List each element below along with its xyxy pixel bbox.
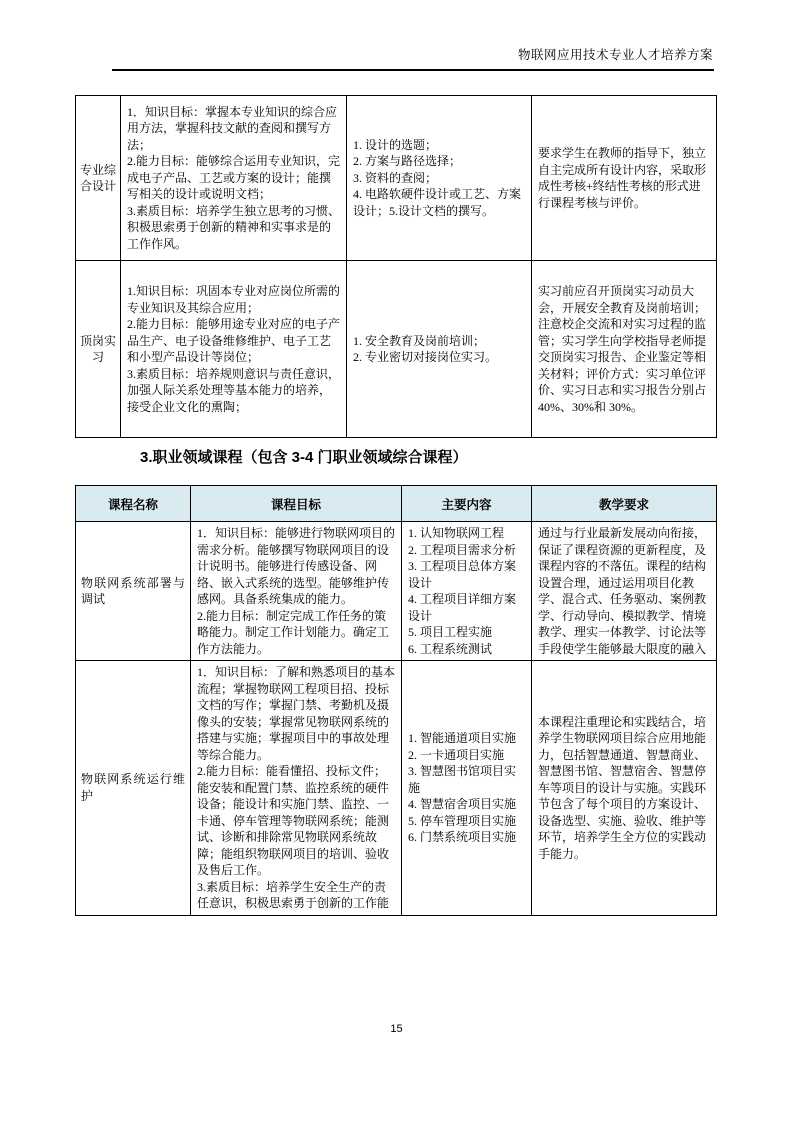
course-name-cell: 专业综合设计 xyxy=(76,96,121,261)
column-header-course-goals: 课程目标 xyxy=(191,486,402,522)
course-content-cell: 1. 安全教育及岗前培训； 2. 专业密切对接岗位实习。 xyxy=(347,261,532,438)
course-goals-cell: 1．知识目标：了解和熟悉项目的基本流程；掌握物联网工程项目招、投标文档的写作；掌… xyxy=(191,661,402,916)
document-page: 物联网应用技术专业人才培养方案 专业综合设计 1．知识目标：掌握本专业知识的综合… xyxy=(0,0,793,1122)
column-header-course-name: 课程名称 xyxy=(76,486,191,522)
course-goals-cell: 1.知识目标：巩固本专业对应岗位所需的专业知识及其综合应用； 2.能力目标：能够… xyxy=(121,261,347,438)
page-header-title: 物联网应用技术专业人才培养方案 xyxy=(518,45,713,63)
table-row: 物联网系统部署与调试 1．知识目标：能够进行物联网项目的需求分析。能够撰写物联网… xyxy=(76,522,717,661)
occupational-courses-table: 课程名称 课程目标 主要内容 教学要求 物联网系统部署与调试 1．知识目标：能够… xyxy=(75,485,717,916)
course-goals-cell: 1．知识目标：能够进行物联网项目的需求分析。能够撰写物联网项目的设计说明书。能够… xyxy=(191,522,402,661)
table-row: 专业综合设计 1．知识目标：掌握本专业知识的综合应用方法，掌握科技文献的查阅和撰… xyxy=(76,96,717,261)
course-requirements-cell: 要求学生在教师的指导下，独立自主完成所有设计内容，采取形成性考核+终结性考核的形… xyxy=(532,96,717,261)
page-number: 15 xyxy=(0,1023,793,1035)
column-header-teaching-requirements: 教学要求 xyxy=(532,486,717,522)
course-content-cell: 1. 认知物联网工程 2. 工程项目需求分析 3. 工程项目总体方案设计 4. … xyxy=(402,522,532,661)
course-name-cell: 物联网系统部署与调试 xyxy=(76,522,191,661)
table-row: 顶岗实习 1.知识目标：巩固本专业对应岗位所需的专业知识及其综合应用； 2.能力… xyxy=(76,261,717,438)
course-name-cell: 物联网系统运行维护 xyxy=(76,661,191,916)
table-row: 物联网系统运行维护 1．知识目标：了解和熟悉项目的基本流程；掌握物联网工程项目招… xyxy=(76,661,717,916)
course-content-cell: 1. 设计的选题； 2. 方案与路径选择； 3. 资料的查阅； 4. 电路软硬件… xyxy=(347,96,532,261)
column-header-main-content: 主要内容 xyxy=(402,486,532,522)
course-goals-cell: 1．知识目标：掌握本专业知识的综合应用方法，掌握科技文献的查阅和撰写方法； 2.… xyxy=(121,96,347,261)
course-name-cell: 顶岗实习 xyxy=(76,261,121,438)
table-header-row: 课程名称 课程目标 主要内容 教学要求 xyxy=(76,486,717,522)
header-divider-line xyxy=(112,69,714,71)
section-heading: 3.职业领域课程（包含 3-4 门职业领域综合课程） xyxy=(140,446,468,467)
course-content-cell: 1. 智能通道项目实施 2. 一卡通项目实施 3. 智慧图书馆项目实施 4. 智… xyxy=(402,661,532,916)
course-requirements-cell: 实习前应召开顶岗实习动员大会，开展安全教育及岗前培训；注意校企交流和对实习过程的… xyxy=(532,261,717,438)
practice-courses-table: 专业综合设计 1．知识目标：掌握本专业知识的综合应用方法，掌握科技文献的查阅和撰… xyxy=(75,95,717,438)
course-requirements-cell: 通过与行业最新发展动向衔接，保证了课程资源的更新程度，及课程内容的不落伍。课程的… xyxy=(532,522,717,661)
course-requirements-cell: 本课程注重理论和实践结合，培养学生物联网项目综合应用地能力，包括智慧通道、智慧商… xyxy=(532,661,717,916)
